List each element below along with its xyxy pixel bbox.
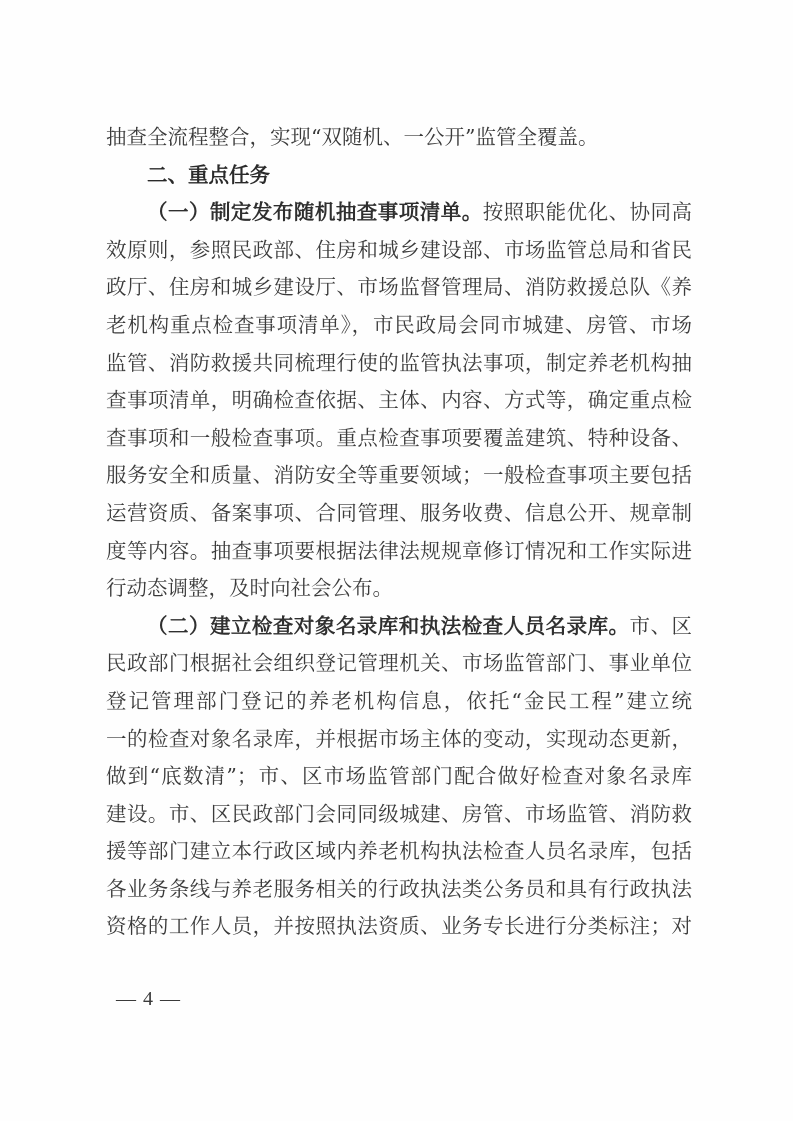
- text-line: 行动态调整，及时向社会公布。: [106, 570, 692, 608]
- text-line: 建设。市、区民政部门会同同级城建、房管、市场监管、消防救: [106, 796, 692, 834]
- text-line: 查事项清单，明确检查依据、主体、内容、方式等，确定重点检: [106, 382, 692, 420]
- section-heading: 二、重点任务: [106, 157, 692, 195]
- page-number: — 4 —: [116, 988, 181, 1011]
- text-line: 援等部门建立本行政区域内养老机构执法检查人员名录库，包括: [106, 833, 692, 871]
- text-line: 政厅、住房和城乡建设厅、市场监督管理局、消防救援总队《养: [106, 269, 692, 307]
- document-body: 抽查全流程整合，实现“双随机、一公开”监管全覆盖。 二、重点任务 （一）制定发布…: [106, 119, 692, 946]
- text-line: 民政部门根据社会组织登记管理机关、市场监管部门、事业单位: [106, 645, 692, 683]
- text-line: 登记管理部门登记的养老机构信息，依托“金民工程”建立统: [106, 683, 692, 721]
- paragraph-start: （一）制定发布随机抽查事项清单。按照职能优化、协同高: [106, 194, 692, 232]
- text-line: 做到“底数清”；市、区市场监管部门配合做好检查对象名录库: [106, 758, 692, 796]
- document-page: 抽查全流程整合，实现“双随机、一公开”监管全覆盖。 二、重点任务 （一）制定发布…: [0, 0, 793, 1121]
- text-line: 各业务条线与养老服务相关的行政执法类公务员和具有行政执法: [106, 871, 692, 909]
- text-span: 按照职能优化、协同高: [483, 200, 692, 224]
- text-line: 老机构重点检查事项清单》，市民政局会同市城建、房管、市场: [106, 307, 692, 345]
- text-line: 运营资质、备案事项、合同管理、服务收费、信息公开、规章制: [106, 495, 692, 533]
- text-line: 抽查全流程整合，实现“双随机、一公开”监管全覆盖。: [106, 119, 692, 157]
- text-line: 资格的工作人员，并按照执法资质、业务专长进行分类标注；对: [106, 908, 692, 946]
- text-line: 度等内容。抽查事项要根据法律法规规章修订情况和工作实际进: [106, 533, 692, 571]
- subsection-title: （二）建立检查对象名录库和执法检查人员名录库。: [147, 614, 630, 638]
- text-line: 一的检查对象名录库，并根据市场主体的变动，实现动态更新，: [106, 721, 692, 759]
- text-line: 服务安全和质量、消防安全等重要领域；一般检查事项主要包括: [106, 457, 692, 495]
- subsection-title: （一）制定发布随机抽查事项清单。: [147, 200, 483, 224]
- text-line: 监管、消防救援共同梳理行使的监管执法事项，制定养老机构抽: [106, 345, 692, 383]
- paragraph-start: （二）建立检查对象名录库和执法检查人员名录库。市、区: [106, 608, 692, 646]
- text-span: 市、区: [630, 614, 692, 638]
- text-line: 效原则，参照民政部、住房和城乡建设部、市场监管总局和省民: [106, 232, 692, 270]
- text-line: 查事项和一般检查事项。重点检查事项要覆盖建筑、特种设备、: [106, 420, 692, 458]
